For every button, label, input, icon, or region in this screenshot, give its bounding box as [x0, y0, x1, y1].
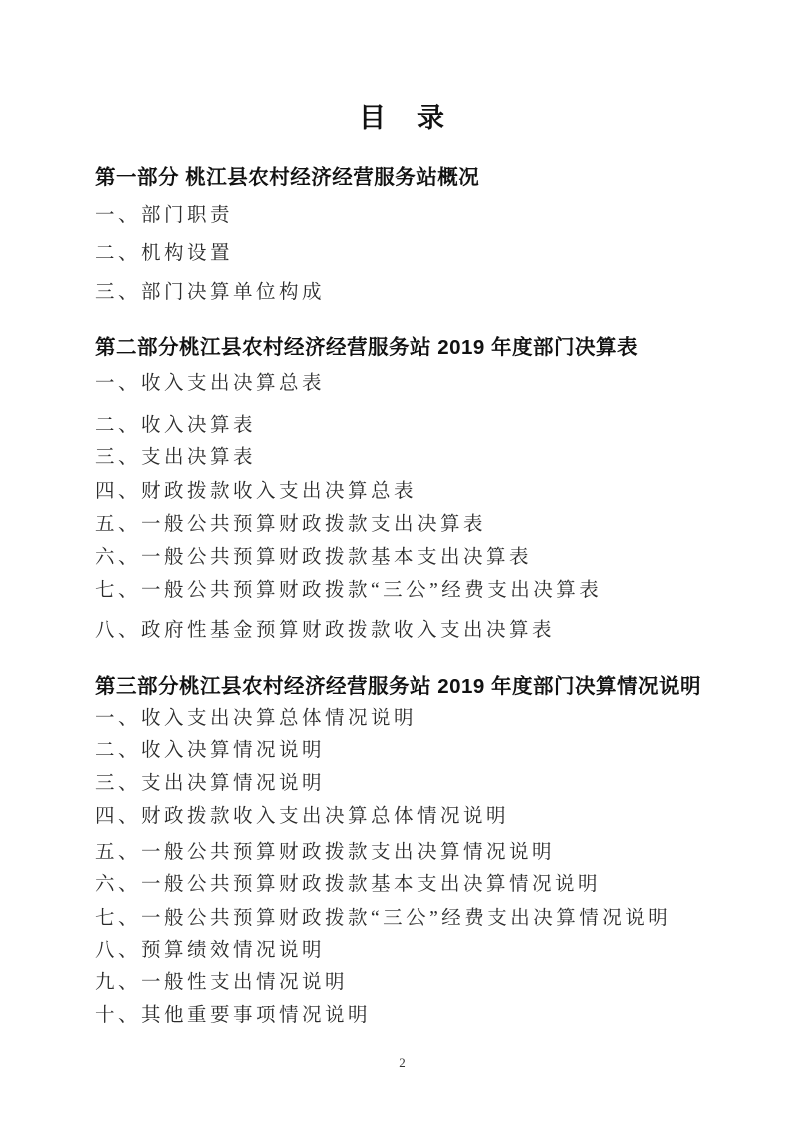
toc-entry-s1-2: 二、机构设置 — [95, 241, 710, 267]
section-3-heading: 第三部分桃江县农村经济经营服务站 2019 年度部门决算情况说明 — [95, 672, 710, 702]
toc-entry-s2-4: 四、财政拨款收入支出决算总表 — [95, 479, 710, 505]
toc-entry-s2-3: 三、支出决算表 — [95, 445, 710, 471]
section-1-heading: 第一部分 桃江县农村经济经营服务站概况 — [95, 163, 710, 193]
toc-entry-s3-4: 四、财政拨款收入支出决算总体情况说明 — [95, 804, 710, 830]
document-page: 目 录 第一部分 桃江县农村经济经营服务站概况 一、部门职责 二、机构设置 三、… — [0, 0, 793, 1122]
toc-entry-s3-6: 六、一般公共预算财政拨款基本支出决算情况说明 — [95, 872, 710, 898]
toc-entry-s2-1: 一、收入支出决算总表 — [95, 371, 710, 397]
toc-entry-s2-8: 八、政府性基金预算财政拨款收入支出决算表 — [95, 618, 710, 644]
toc-entry-s3-7: 七、一般公共预算财政拨款“三公”经费支出决算情况说明 — [95, 906, 710, 932]
toc-entry-s1-3: 三、部门决算单位构成 — [95, 280, 710, 306]
toc-entry-s3-1: 一、收入支出决算总体情况说明 — [95, 706, 710, 732]
toc-content: 目 录 第一部分 桃江县农村经济经营服务站概况 一、部门职责 二、机构设置 三、… — [0, 0, 793, 1071]
toc-entry-s1-1: 一、部门职责 — [95, 203, 710, 229]
toc-entry-s2-2: 二、收入决算表 — [95, 413, 710, 439]
toc-entry-s3-10: 十、其他重要事项情况说明 — [95, 1003, 710, 1029]
toc-entry-s2-7: 七、一般公共预算财政拨款“三公”经费支出决算表 — [95, 578, 710, 604]
toc-entry-s3-3: 三、支出决算情况说明 — [95, 771, 710, 797]
toc-entry-s2-6: 六、一般公共预算财政拨款基本支出决算表 — [95, 545, 710, 571]
toc-entry-s3-2: 二、收入决算情况说明 — [95, 738, 710, 764]
section-2-heading: 第二部分桃江县农村经济经营服务站 2019 年度部门决算表 — [95, 333, 710, 363]
page-number: 2 — [95, 1055, 710, 1071]
toc-entry-s3-8: 八、预算绩效情况说明 — [95, 938, 710, 964]
toc-entry-s3-5: 五、一般公共预算财政拨款支出决算情况说明 — [95, 840, 710, 866]
toc-entry-s2-5: 五、一般公共预算财政拨款支出决算表 — [95, 512, 710, 538]
toc-title: 目 录 — [95, 101, 710, 135]
toc-entry-s3-9: 九、一般性支出情况说明 — [95, 970, 710, 996]
